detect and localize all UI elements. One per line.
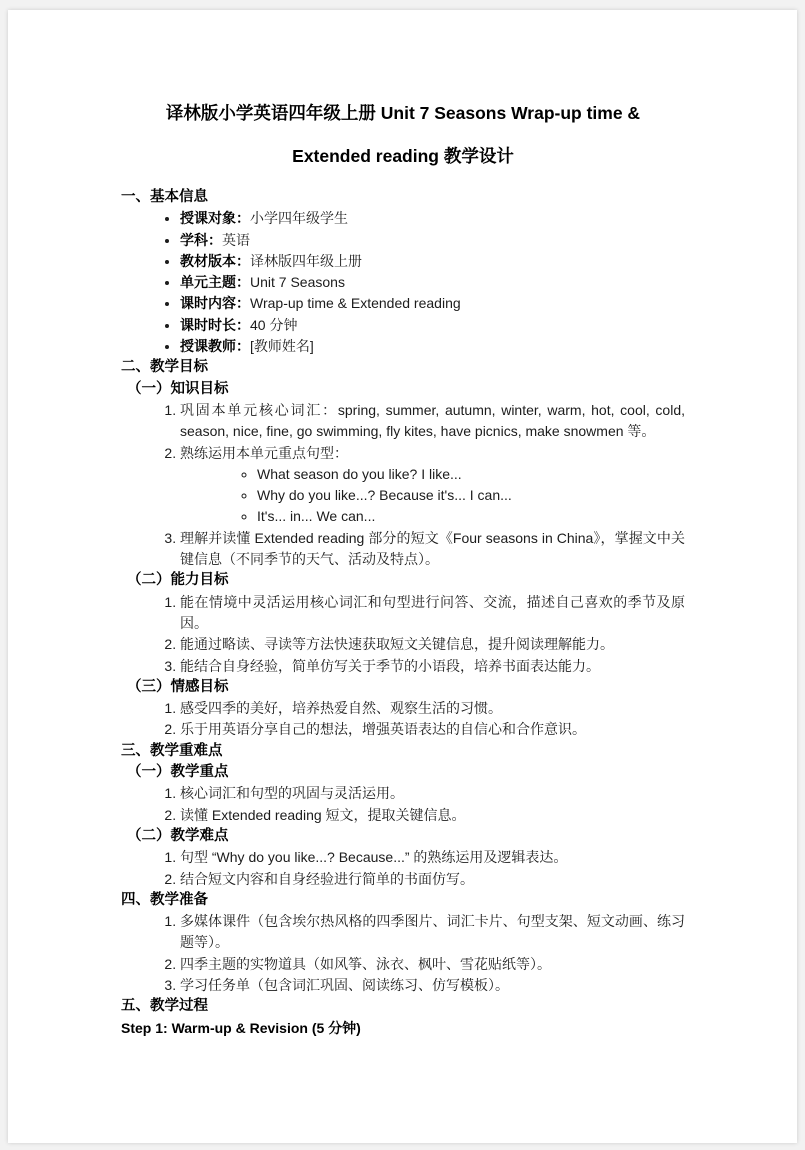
list-item: Why do you like...? Because it's... I ca… (257, 485, 685, 506)
subsection-heading-focus: （一）教学重点 (121, 762, 685, 783)
list-item: 课时内容：Wrap-up time & Extended reading (180, 293, 685, 314)
list-item: 四季主题的实物道具（如风筝、泳衣、枫叶、雪花贴纸等）。 (180, 954, 685, 975)
list-item: 理解并读懂 Extended reading 部分的短文《Four season… (180, 528, 685, 571)
list-item: 能结合自身经验，简单仿写关于季节的小语段，培养书面表达能力。 (180, 656, 685, 677)
item-value: Unit 7 Seasons (250, 274, 345, 290)
teaching-difficulty-list: 句型 “Why do you like...? Because...” 的熟练运… (121, 847, 685, 890)
list-item: 单元主题：Unit 7 Seasons (180, 272, 685, 293)
item-label: 学科： (180, 232, 222, 248)
ability-objectives-list: 能在情境中灵活运用核心词汇和句型进行问答、交流，描述自己喜欢的季节及原因。 能通… (121, 592, 685, 677)
list-item-text: 熟练运用本单元重点句型： (180, 445, 348, 461)
list-item: 句型 “Why do you like...? Because...” 的熟练运… (180, 847, 685, 868)
item-label: 教材版本： (180, 253, 250, 269)
basic-info-list: 授课对象：小学四年级学生 学科：英语 教材版本：译林版四年级上册 单元主题：Un… (121, 208, 685, 357)
section-heading-key-points: 三、教学重难点 (121, 741, 685, 762)
document-canvas: 译林版小学英语四年级上册 Unit 7 Seasons Wrap-up time… (0, 0, 805, 1150)
item-value: 译林版四年级上册 (250, 253, 362, 269)
item-label: 课时内容： (180, 295, 250, 311)
list-item: 感受四季的美好，培养热爱自然、观察生活的习惯。 (180, 698, 685, 719)
section-heading-objectives: 二、教学目标 (121, 357, 685, 378)
item-value: 英语 (222, 232, 250, 248)
list-item: 多媒体课件（包含埃尔热风格的四季图片、词汇卡片、句型支架、短文动画、练习题等）。 (180, 911, 685, 954)
section-heading-process: 五、教学过程 (121, 996, 685, 1017)
subsection-heading-ability: （二）能力目标 (121, 570, 685, 591)
list-item: 核心词汇和句型的巩固与灵活运用。 (180, 783, 685, 804)
list-item: 熟练运用本单元重点句型： What season do you like? I … (180, 443, 685, 528)
list-item: It's... in... We can... (257, 506, 685, 527)
document-title: 译林版小学英语四年级上册 Unit 7 Seasons Wrap-up time… (121, 92, 685, 178)
document-title-line1: 译林版小学英语四年级上册 Unit 7 Seasons Wrap-up time… (121, 92, 685, 135)
item-label: 授课教师： (180, 338, 250, 354)
document-page: 译林版小学英语四年级上册 Unit 7 Seasons Wrap-up time… (8, 10, 797, 1143)
item-value: 40 分钟 (250, 317, 297, 333)
list-item: 授课对象：小学四年级学生 (180, 208, 685, 229)
emotion-objectives-list: 感受四季的美好，培养热爱自然、观察生活的习惯。 乐于用英语分享自己的想法，增强英… (121, 698, 685, 741)
list-item: What season do you like? I like... (257, 464, 685, 485)
item-label: 单元主题： (180, 274, 250, 290)
list-item: 课时时长：40 分钟 (180, 315, 685, 336)
list-item: 读懂 Extended reading 短文，提取关键信息。 (180, 805, 685, 826)
item-value: [教师姓名] (250, 338, 314, 354)
list-item: 学科：英语 (180, 230, 685, 251)
list-item: 乐于用英语分享自己的想法，增强英语表达的自信心和合作意识。 (180, 719, 685, 740)
document-title-line2: Extended reading 教学设计 (121, 135, 685, 178)
section-heading-preparation: 四、教学准备 (121, 890, 685, 911)
list-item: 巩固本单元核心词汇：spring, summer, autumn, winter… (180, 400, 685, 443)
subsection-heading-difficulty: （二）教学难点 (121, 826, 685, 847)
list-item: 学习任务单（包含词汇巩固、阅读练习、仿写模板）。 (180, 975, 685, 996)
sentence-pattern-sublist: What season do you like? I like... Why d… (180, 464, 685, 528)
process-step1-heading: Step 1: Warm-up & Revision (5 分钟) (121, 1018, 685, 1039)
subsection-heading-knowledge: （一）知识目标 (121, 379, 685, 400)
item-label: 授课对象： (180, 210, 250, 226)
subsection-heading-emotion: （三）情感目标 (121, 677, 685, 698)
preparation-list: 多媒体课件（包含埃尔热风格的四季图片、词汇卡片、句型支架、短文动画、练习题等）。… (121, 911, 685, 996)
item-value: 小学四年级学生 (250, 210, 348, 226)
list-item: 能通过略读、寻读等方法快速获取短文关键信息，提升阅读理解能力。 (180, 634, 685, 655)
list-item: 能在情境中灵活运用核心词汇和句型进行问答、交流，描述自己喜欢的季节及原因。 (180, 592, 685, 635)
item-label: 课时时长： (180, 317, 250, 333)
teaching-focus-list: 核心词汇和句型的巩固与灵活运用。 读懂 Extended reading 短文，… (121, 783, 685, 826)
item-value: Wrap-up time & Extended reading (250, 295, 461, 311)
list-item: 结合短文内容和自身经验进行简单的书面仿写。 (180, 869, 685, 890)
knowledge-objectives-list: 巩固本单元核心词汇：spring, summer, autumn, winter… (121, 400, 685, 570)
list-item: 教材版本：译林版四年级上册 (180, 251, 685, 272)
section-heading-basic-info: 一、基本信息 (121, 187, 685, 208)
list-item: 授课教师：[教师姓名] (180, 336, 685, 357)
